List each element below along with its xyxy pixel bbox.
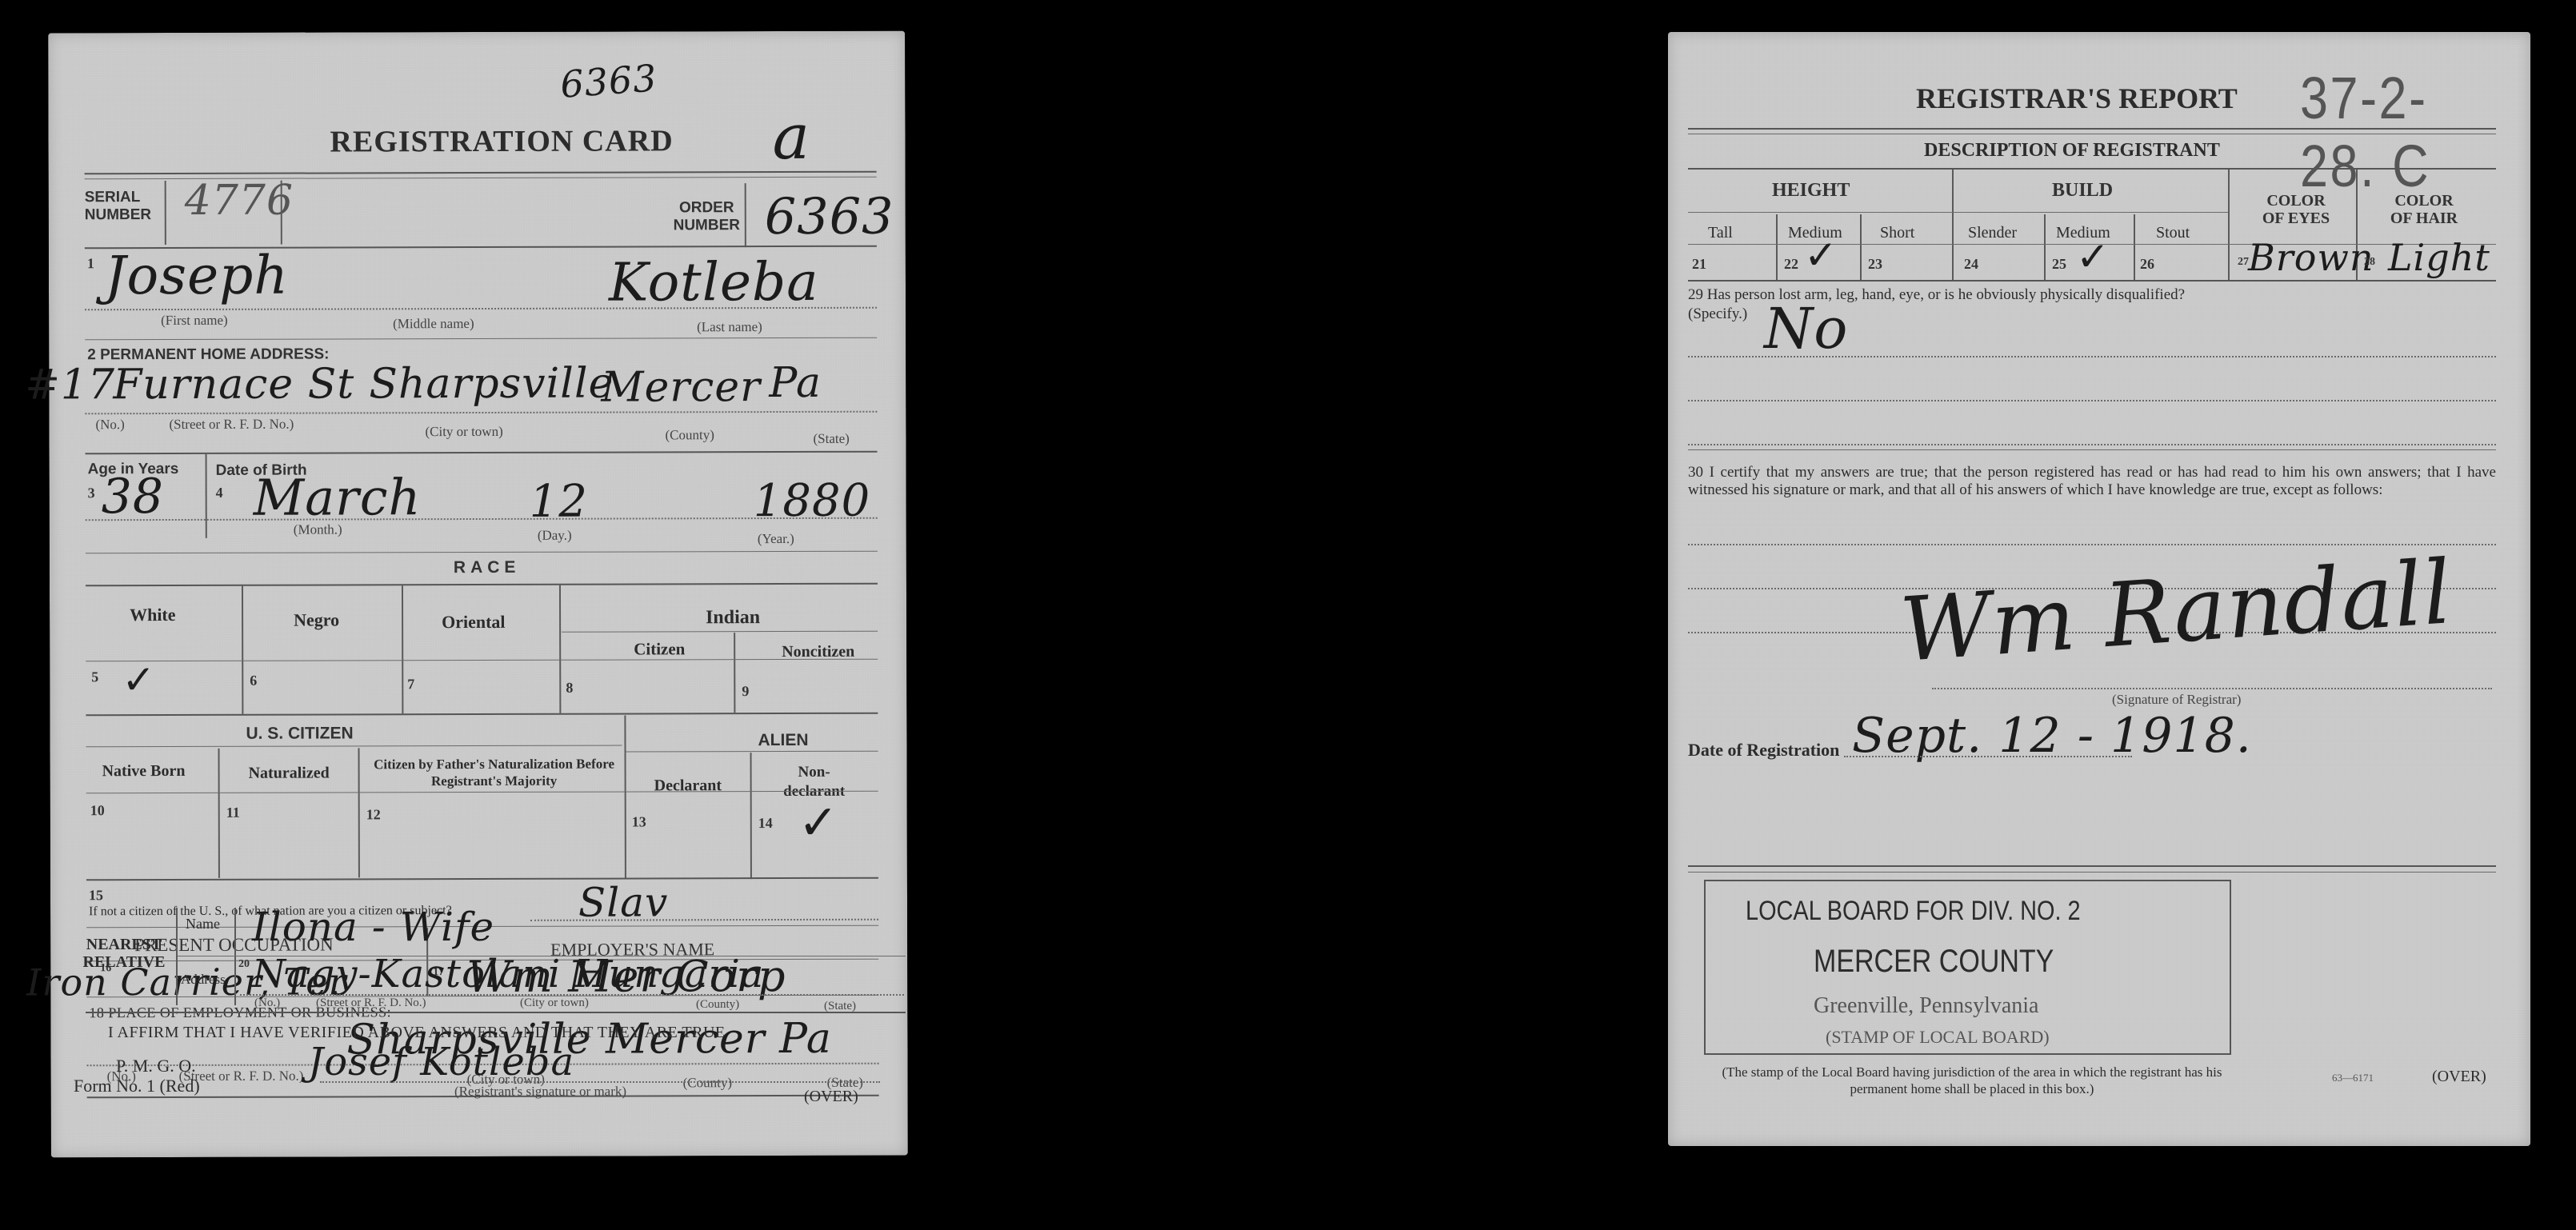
first-name-value: Joseph [105,245,289,307]
race-title: RACE [454,558,521,577]
last-name-value: Kotleba [609,251,819,313]
description-title: DESCRIPTION OF REGISTRANT [1924,140,2220,162]
form-id-line-2: Form No. 1 (Red) [74,1076,200,1096]
field-6-number: 6 [250,673,257,689]
address-number: #17 [25,361,115,409]
stamp-number: 37-2-28. C [2300,64,2496,200]
serial-number-label: SERIAL NUMBER [85,189,157,224]
field-25-number: 25 [2052,256,2066,273]
middle-name-caption: (Middle name) [393,316,474,332]
father-naturalization-label: Citizen by Father's Naturalization Befor… [366,756,622,790]
field-4-number: 4 [216,485,223,501]
employment-caption-county: (County) [683,1075,732,1091]
field-10-number: 10 [90,802,105,819]
field-5-number: 5 [91,669,98,685]
race-negro-label: Negro [294,609,339,630]
q30-text: 30 I certify that my answers are true; t… [1688,464,2496,499]
build-medium-check: ✓ [2076,234,2110,280]
birth-day-caption: (Day.) [538,528,572,544]
field-1-number: 1 [87,255,94,272]
height-medium-check: ✓ [1804,232,1838,278]
registrar-signature-caption: (Signature of Registrar) [2112,692,2241,708]
field-9-number: 9 [742,683,749,700]
registrar-signature: Wm Randall [1897,541,2455,681]
front-over-label: (OVER) [804,1088,858,1106]
birth-year-value: 1880 [754,475,871,527]
field-24-number: 24 [1964,256,1978,273]
address-caption-city: (City or town) [425,424,502,440]
address-city: Sharpsville [369,360,614,409]
hair-color-value: Light [2388,236,2490,279]
address-street: Furnace St [113,360,354,409]
relative-caption-county: (County) [696,998,739,1012]
q29-text: 29 Has person lost arm, leg, hand, eye, … [1688,286,2185,304]
race-indian-label: Indian [706,607,760,629]
order-number-label: ORDER NUMBER [669,199,745,234]
field-3-number: 3 [88,485,95,501]
field-21-number: 21 [1692,256,1706,273]
address-county: Mercer [601,363,761,412]
build-stout-label: Stout [2156,224,2190,242]
form-code: 63—6171 [2332,1072,2374,1084]
local-board-stamp-box: LOCAL BOARD FOR DIV. NO. 2 MERCER COUNTY… [1704,880,2231,1055]
relative-caption-city: (City or town) [520,996,589,1010]
stamp-caption: (STAMP OF LOCAL BOARD) [1826,1027,2050,1048]
hair-color-label: COLOR OF HAIR [2384,192,2464,227]
relative-address-value: Nagy-Kastolani Hungaria [252,952,764,996]
top-number: 6363 [559,56,659,106]
relative-address-label: Address [181,972,226,988]
address-caption-no: (No.) [95,417,124,433]
stamp-line-3: Greenville, Pennsylvania [1814,993,2038,1019]
stamp-line-2: MERCER COUNTY [1814,944,2054,980]
field-14-number: 14 [758,815,773,832]
field-22-number: 22 [1784,256,1798,273]
field-20-number: 20 [238,958,250,971]
address-state: Pa [769,359,822,407]
naturalized-label: Naturalized [249,764,330,782]
us-citizen-title: U. S. CITIZEN [246,724,353,743]
q29-specify: (Specify.) [1688,306,1747,323]
nearest-relative-heading: NEAREST RELATIVE [76,936,172,971]
front-footer-spacer [50,1096,906,1156]
height-title: HEIGHT [1772,180,1850,202]
field-8-number: 8 [566,680,573,697]
declarant-label: Declarant [654,777,722,795]
date-of-registration-label: Date of Registration [1688,740,1839,761]
field-15-number: 15 [89,887,103,904]
first-name-caption: (First name) [161,313,228,329]
field-28-number: 28 [2364,256,2375,269]
registrant-signature-caption: (Registrant's signature or mark) [454,1084,626,1100]
card-title: REGISTRATION CARD [330,123,673,159]
non-declarant-check: ✓ [798,795,838,851]
race-white-check: ✓ [122,657,155,703]
field-11-number: 11 [226,805,240,821]
relative-caption-no: (No.) [254,996,280,1010]
field-12-number: 12 [366,806,381,823]
back-over-label: (OVER) [2432,1068,2486,1086]
last-name-caption: (Last name) [697,319,762,335]
birth-year-caption: (Year.) [758,531,794,547]
stamp-line-1: LOCAL BOARD FOR DIV. NO. 2 [1746,896,2081,927]
relative-caption-street: (Street or R. F. D. No.) [316,996,426,1010]
field-27-number: 27 [2238,256,2249,269]
birth-month-caption: (Month.) [294,521,342,537]
address-caption-state: (State) [813,431,849,447]
birth-day-value: 12 [530,476,588,528]
eye-color-label: COLOR OF EYES [2256,192,2336,227]
registrars-report-back: 37-2-28. C REGISTRAR'S REPORT DESCRIPTIO… [1668,32,2530,1146]
native-born-label: Native Born [102,762,186,781]
order-number-value: 6363 [765,187,894,246]
registrant-signature: Josef Kotleba [308,1040,574,1084]
height-tall-label: Tall [1708,224,1733,242]
report-title: REGISTRAR'S REPORT [1916,82,2238,115]
stamp-note: (The stamp of the Local Board having jur… [1700,1064,2244,1097]
race-white-label: White [130,605,176,625]
build-slender-label: Slender [1968,224,2017,242]
corner-mark: a [772,102,810,174]
alien-title: ALIEN [758,731,808,750]
field-7-number: 7 [407,676,414,693]
race-oriental-label: Oriental [442,612,506,633]
address-caption-street: (Street or R. F. D. No.) [169,417,294,433]
serial-number-value: 4776 [185,177,294,225]
field-13-number: 13 [632,813,646,830]
field-23-number: 23 [1868,256,1882,273]
build-title: BUILD [2052,180,2113,202]
q29-answer: No [1764,296,1848,361]
relative-name-label: Name [186,916,220,932]
address-caption-county: (County) [665,427,714,443]
race-indian-citizen-label: Citizen [634,639,685,659]
form-id-line-1: P. M. G. O. [116,1056,196,1076]
eye-color-value: Brown [2248,236,2374,279]
field-26-number: 26 [2140,256,2154,273]
height-short-label: Short [1880,224,1914,242]
relative-name-value: Ilona - Wife [252,904,494,950]
age-value: 38 [102,469,165,525]
